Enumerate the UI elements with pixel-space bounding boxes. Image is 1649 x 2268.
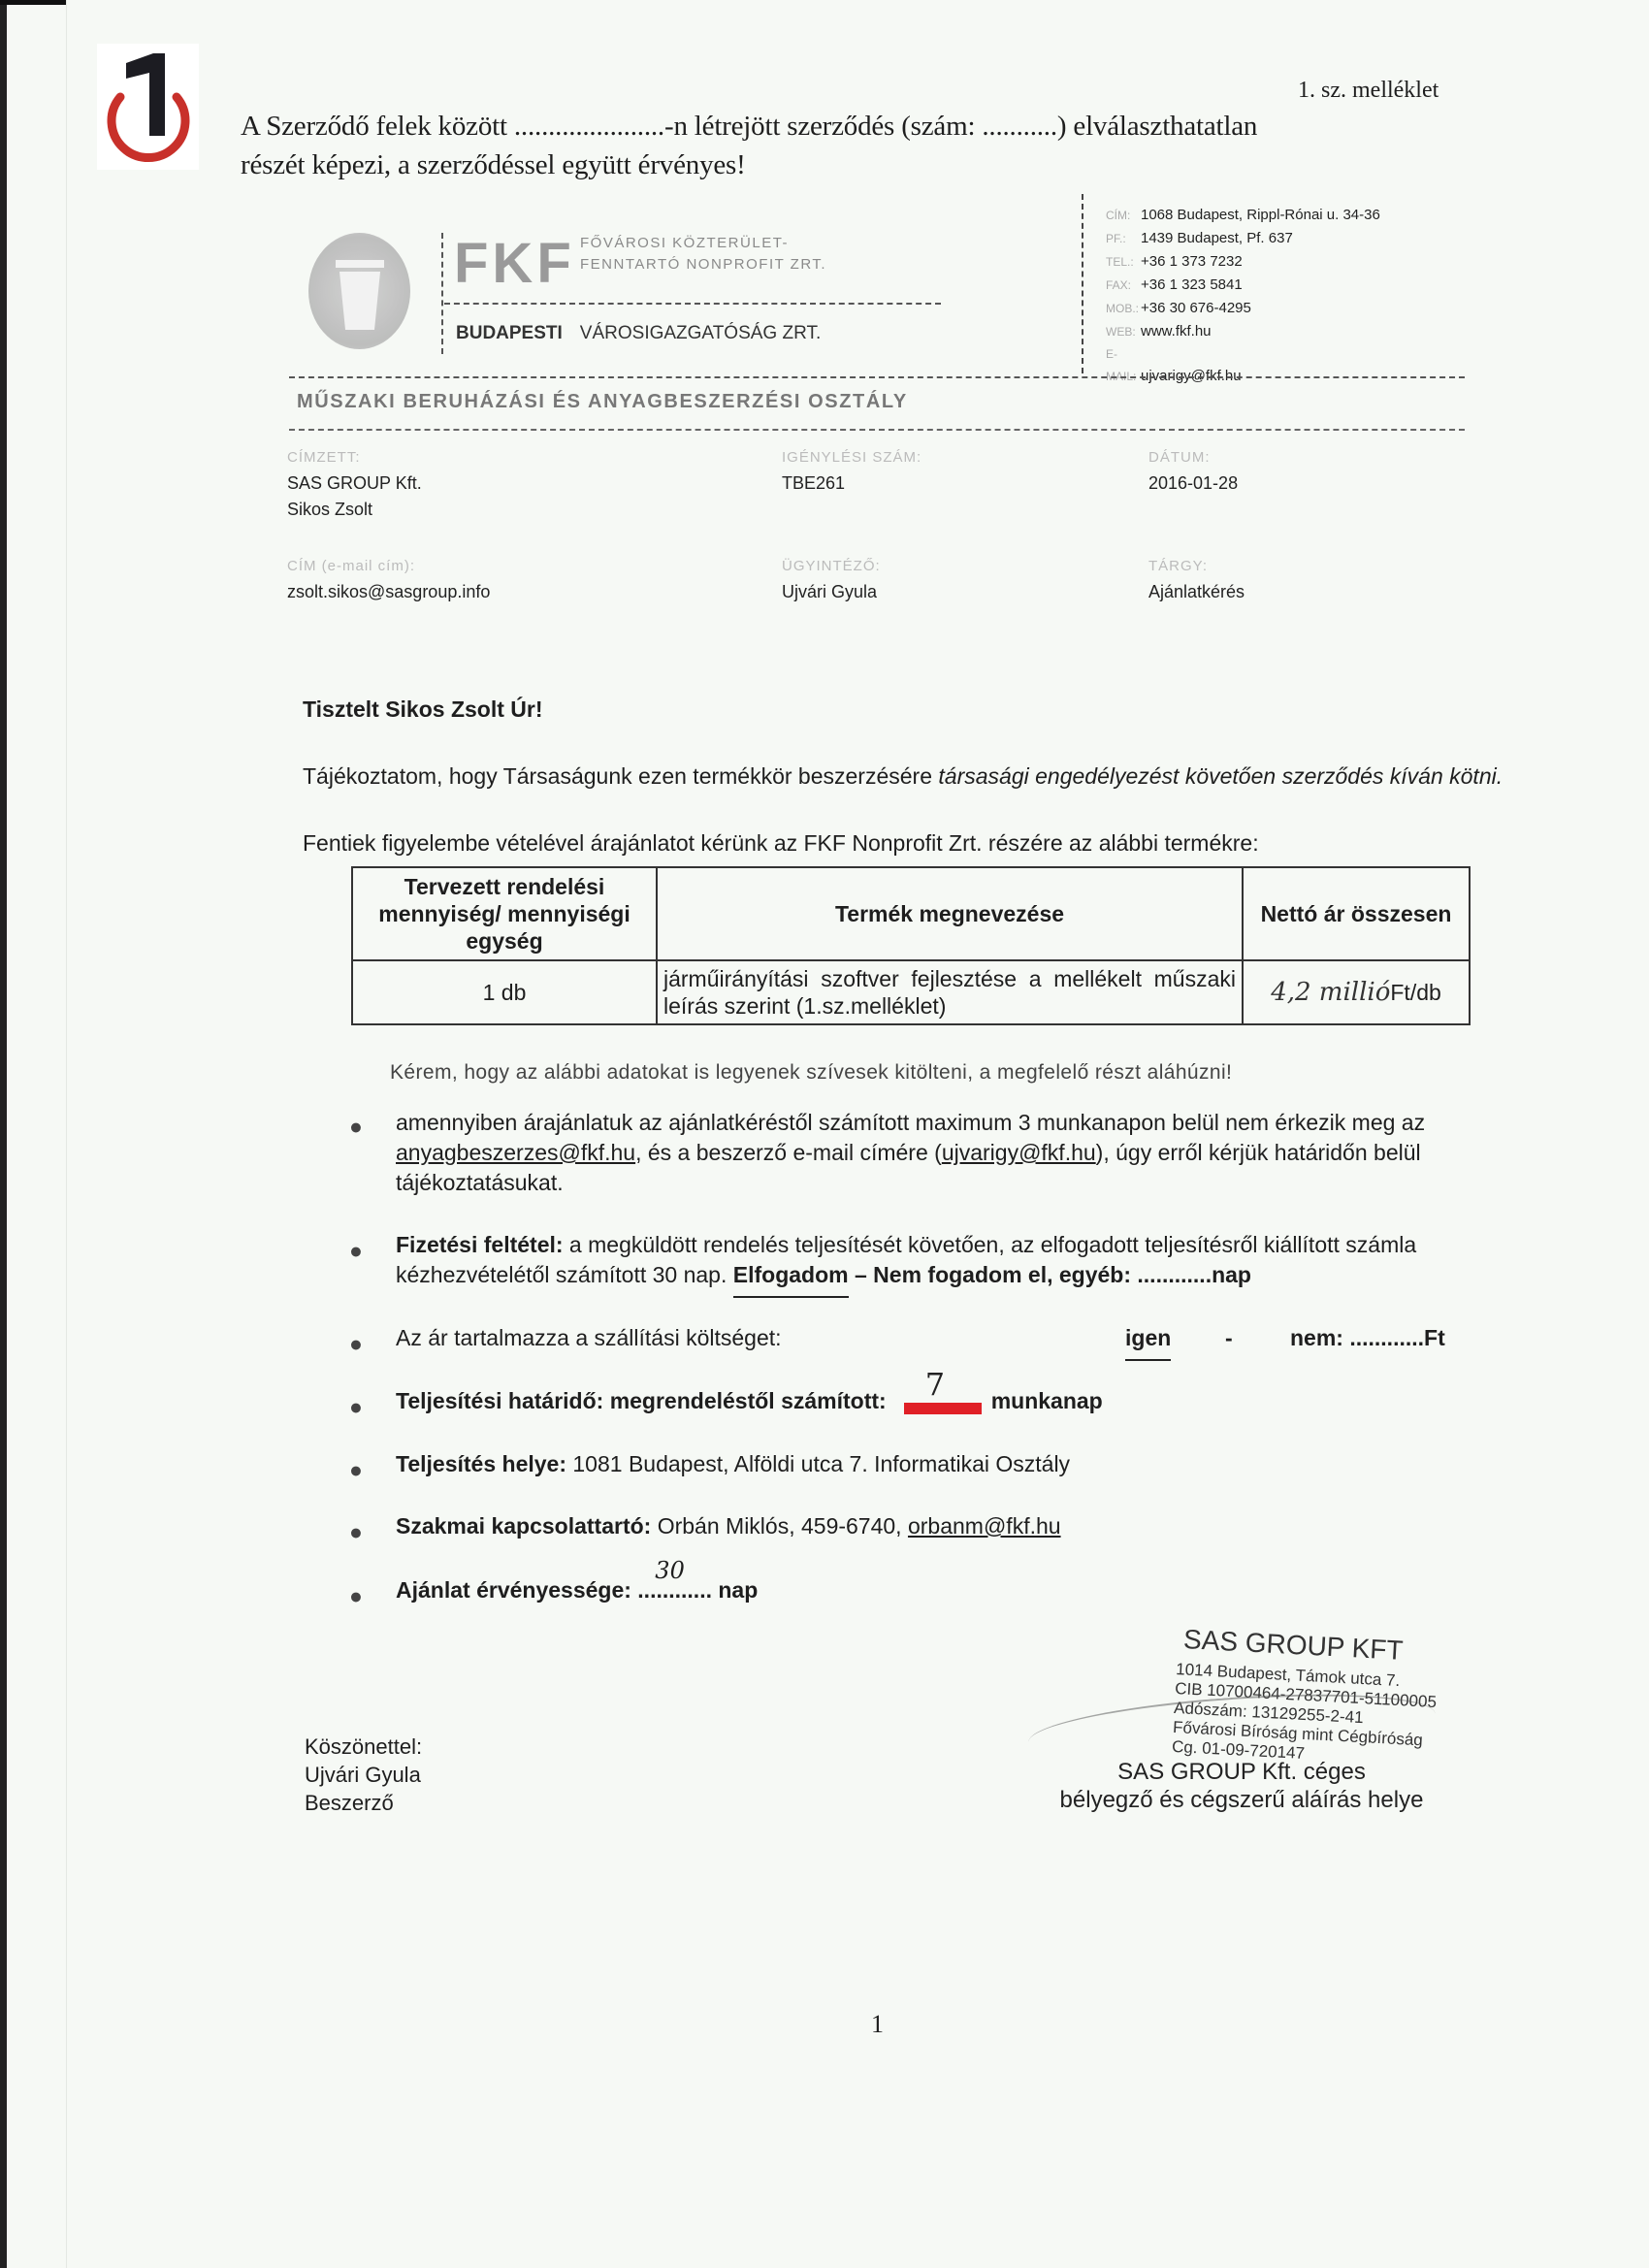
contact-mobile: MOB.:+36 30 676-4295 [1106, 297, 1380, 320]
bullet-delivery-deadline: Teljesítési határidő: megrendeléstől szá… [396, 1386, 1511, 1416]
contact-pobox: PF.:1439 Budapest, Pf. 637 [1106, 227, 1380, 250]
header-price: Nettó ár összesen [1243, 867, 1470, 960]
bullet-delivery-place: Teljesítés helye: 1081 Budapest, Alföldi… [396, 1449, 1511, 1479]
cell-price: 4,2 millióFt/db [1243, 960, 1470, 1024]
scan-fold-line [66, 0, 67, 2268]
closing-block: Köszönettel: Ujvári Gyula Beszerző [305, 1733, 422, 1817]
letterhead-divider-vertical [441, 233, 443, 354]
handler-block: ÜGYINTÉZŐ: Ujvári Gyula [782, 553, 881, 605]
bullet-icon: ● [349, 1519, 363, 1545]
handwritten-price: 4,2 millió [1271, 978, 1390, 1007]
bullet-icon: ● [349, 1114, 363, 1140]
bullet-shipping: Az ár tartalmazza a szállítási költséget… [396, 1323, 1511, 1353]
request-number-block: IGÉNYLÉSI SZÁM: TBE261 [782, 444, 921, 497]
bullet-icon: ● [349, 1238, 363, 1264]
contacts-divider [1082, 194, 1083, 373]
bullet-icon: ● [349, 1457, 363, 1483]
contact-address: CÍM:1068 Budapest, Rippl-Rónai u. 34-36 [1106, 204, 1380, 227]
bullet-icon: ● [349, 1394, 363, 1420]
stamp-caption: SAS GROUP Kft. céges bélyegző és cégszer… [1038, 1758, 1445, 1814]
handwritten-validity: 30 [655, 1556, 685, 1586]
header-product: Termék megnevezése [657, 867, 1243, 960]
preamble-line-1: A Szerződő felek között ................… [241, 107, 1463, 146]
preamble-line-2: részét képezi, a szerződéssel együtt érv… [241, 146, 1463, 184]
bullet-contact: Szakmai kapcsolattartó: Orbán Miklós, 45… [396, 1511, 1511, 1541]
contact-tel: TEL.:+36 1 373 7232 [1106, 250, 1380, 274]
red-highlight-mark: 7 [904, 1403, 982, 1414]
cell-product: járműirányítási szoftver fejlesztése a m… [657, 960, 1243, 1024]
contact-fax: FAX:+36 1 323 5841 [1106, 274, 1380, 297]
handwritten-days: 7 [925, 1370, 945, 1400]
annex-label: 1. sz. melléklet [1298, 78, 1439, 104]
bullet-validity: Ajánlat érvényessége: ............30 nap [396, 1575, 1511, 1605]
email-block: CÍM (e-mail cím): zsolt.sikos@sasgroup.i… [287, 553, 490, 605]
bullet-icon: ● [349, 1583, 363, 1609]
intro-paragraph: Tájékoztatom, hogy Társaságunk ezen term… [303, 761, 1520, 792]
fkf-logo-text: FKF [454, 231, 575, 296]
request-line: Fentiek figyelembe vételével árajánlatot… [303, 830, 1259, 857]
company-name: BUDAPESTIVÁROSIGAZGATÓSÁG ZRT. [456, 323, 821, 344]
contact-web: WEB:www.fkf.hu [1106, 320, 1380, 343]
scan-border-top [0, 0, 66, 5]
recipient-block: CÍMZETT: SAS GROUP Kft. Sikos Zsolt [287, 444, 422, 523]
instruction-note: Kérem, hogy az alábbi adatokat is legyen… [390, 1061, 1232, 1085]
table-row: 1 db járműirányítási szoftver fejlesztés… [352, 960, 1470, 1024]
accept-option: Elfogadom [733, 1260, 849, 1298]
preamble: A Szerződő felek között ................… [241, 107, 1463, 184]
yes-option: igen [1125, 1323, 1171, 1361]
greeting: Tisztelt Sikos Zsolt Úr! [303, 697, 543, 723]
date-block: DÁTUM: 2016-01-28 [1148, 444, 1238, 497]
cell-quantity: 1 db [352, 960, 657, 1024]
fkf-bin-logo-icon [308, 233, 410, 349]
bullet-deadline: amennyiben árajánlatuk az ajánlatkéréstő… [396, 1108, 1511, 1198]
fkf-logo-subtitle: FŐVÁROSI KÖZTERÜLET- FENNTARTÓ NONPROFIT… [580, 233, 826, 275]
buyer-email-link[interactable]: ujvarigy@fkf.hu [942, 1140, 1096, 1165]
letterhead-divider-horizontal [444, 303, 941, 305]
contact-email: E-MAIL:ujvarigy@fkf.hu [1106, 343, 1380, 388]
one-logo-icon [97, 44, 199, 170]
contact-block: CÍM:1068 Budapest, Rippl-Rónai u. 34-36 … [1106, 204, 1380, 388]
bullet-payment-terms: Fizetési feltétel: a megküldött rendelés… [396, 1230, 1511, 1298]
table-header-row: Tervezett rendelési mennyiség/ mennyiség… [352, 867, 1470, 960]
contact-email-link[interactable]: orbanm@fkf.hu [908, 1513, 1061, 1539]
divider-2 [289, 429, 1465, 431]
subject-block: TÁRGY: Ajánlatkérés [1148, 553, 1245, 605]
page-number: 1 [871, 2010, 884, 2039]
bullet-icon: ● [349, 1331, 363, 1357]
divider-1 [289, 376, 1465, 378]
header-quantity: Tervezett rendelési mennyiség/ mennyiség… [352, 867, 657, 960]
scan-border-left [0, 0, 7, 2268]
product-table: Tervezett rendelési mennyiség/ mennyiség… [351, 866, 1471, 1025]
department-title: MŰSZAKI BERUHÁZÁSI ÉS ANYAGBESZERZÉSI OS… [297, 391, 908, 413]
procurement-email-link[interactable]: anyagbeszerzes@fkf.hu [396, 1140, 635, 1165]
